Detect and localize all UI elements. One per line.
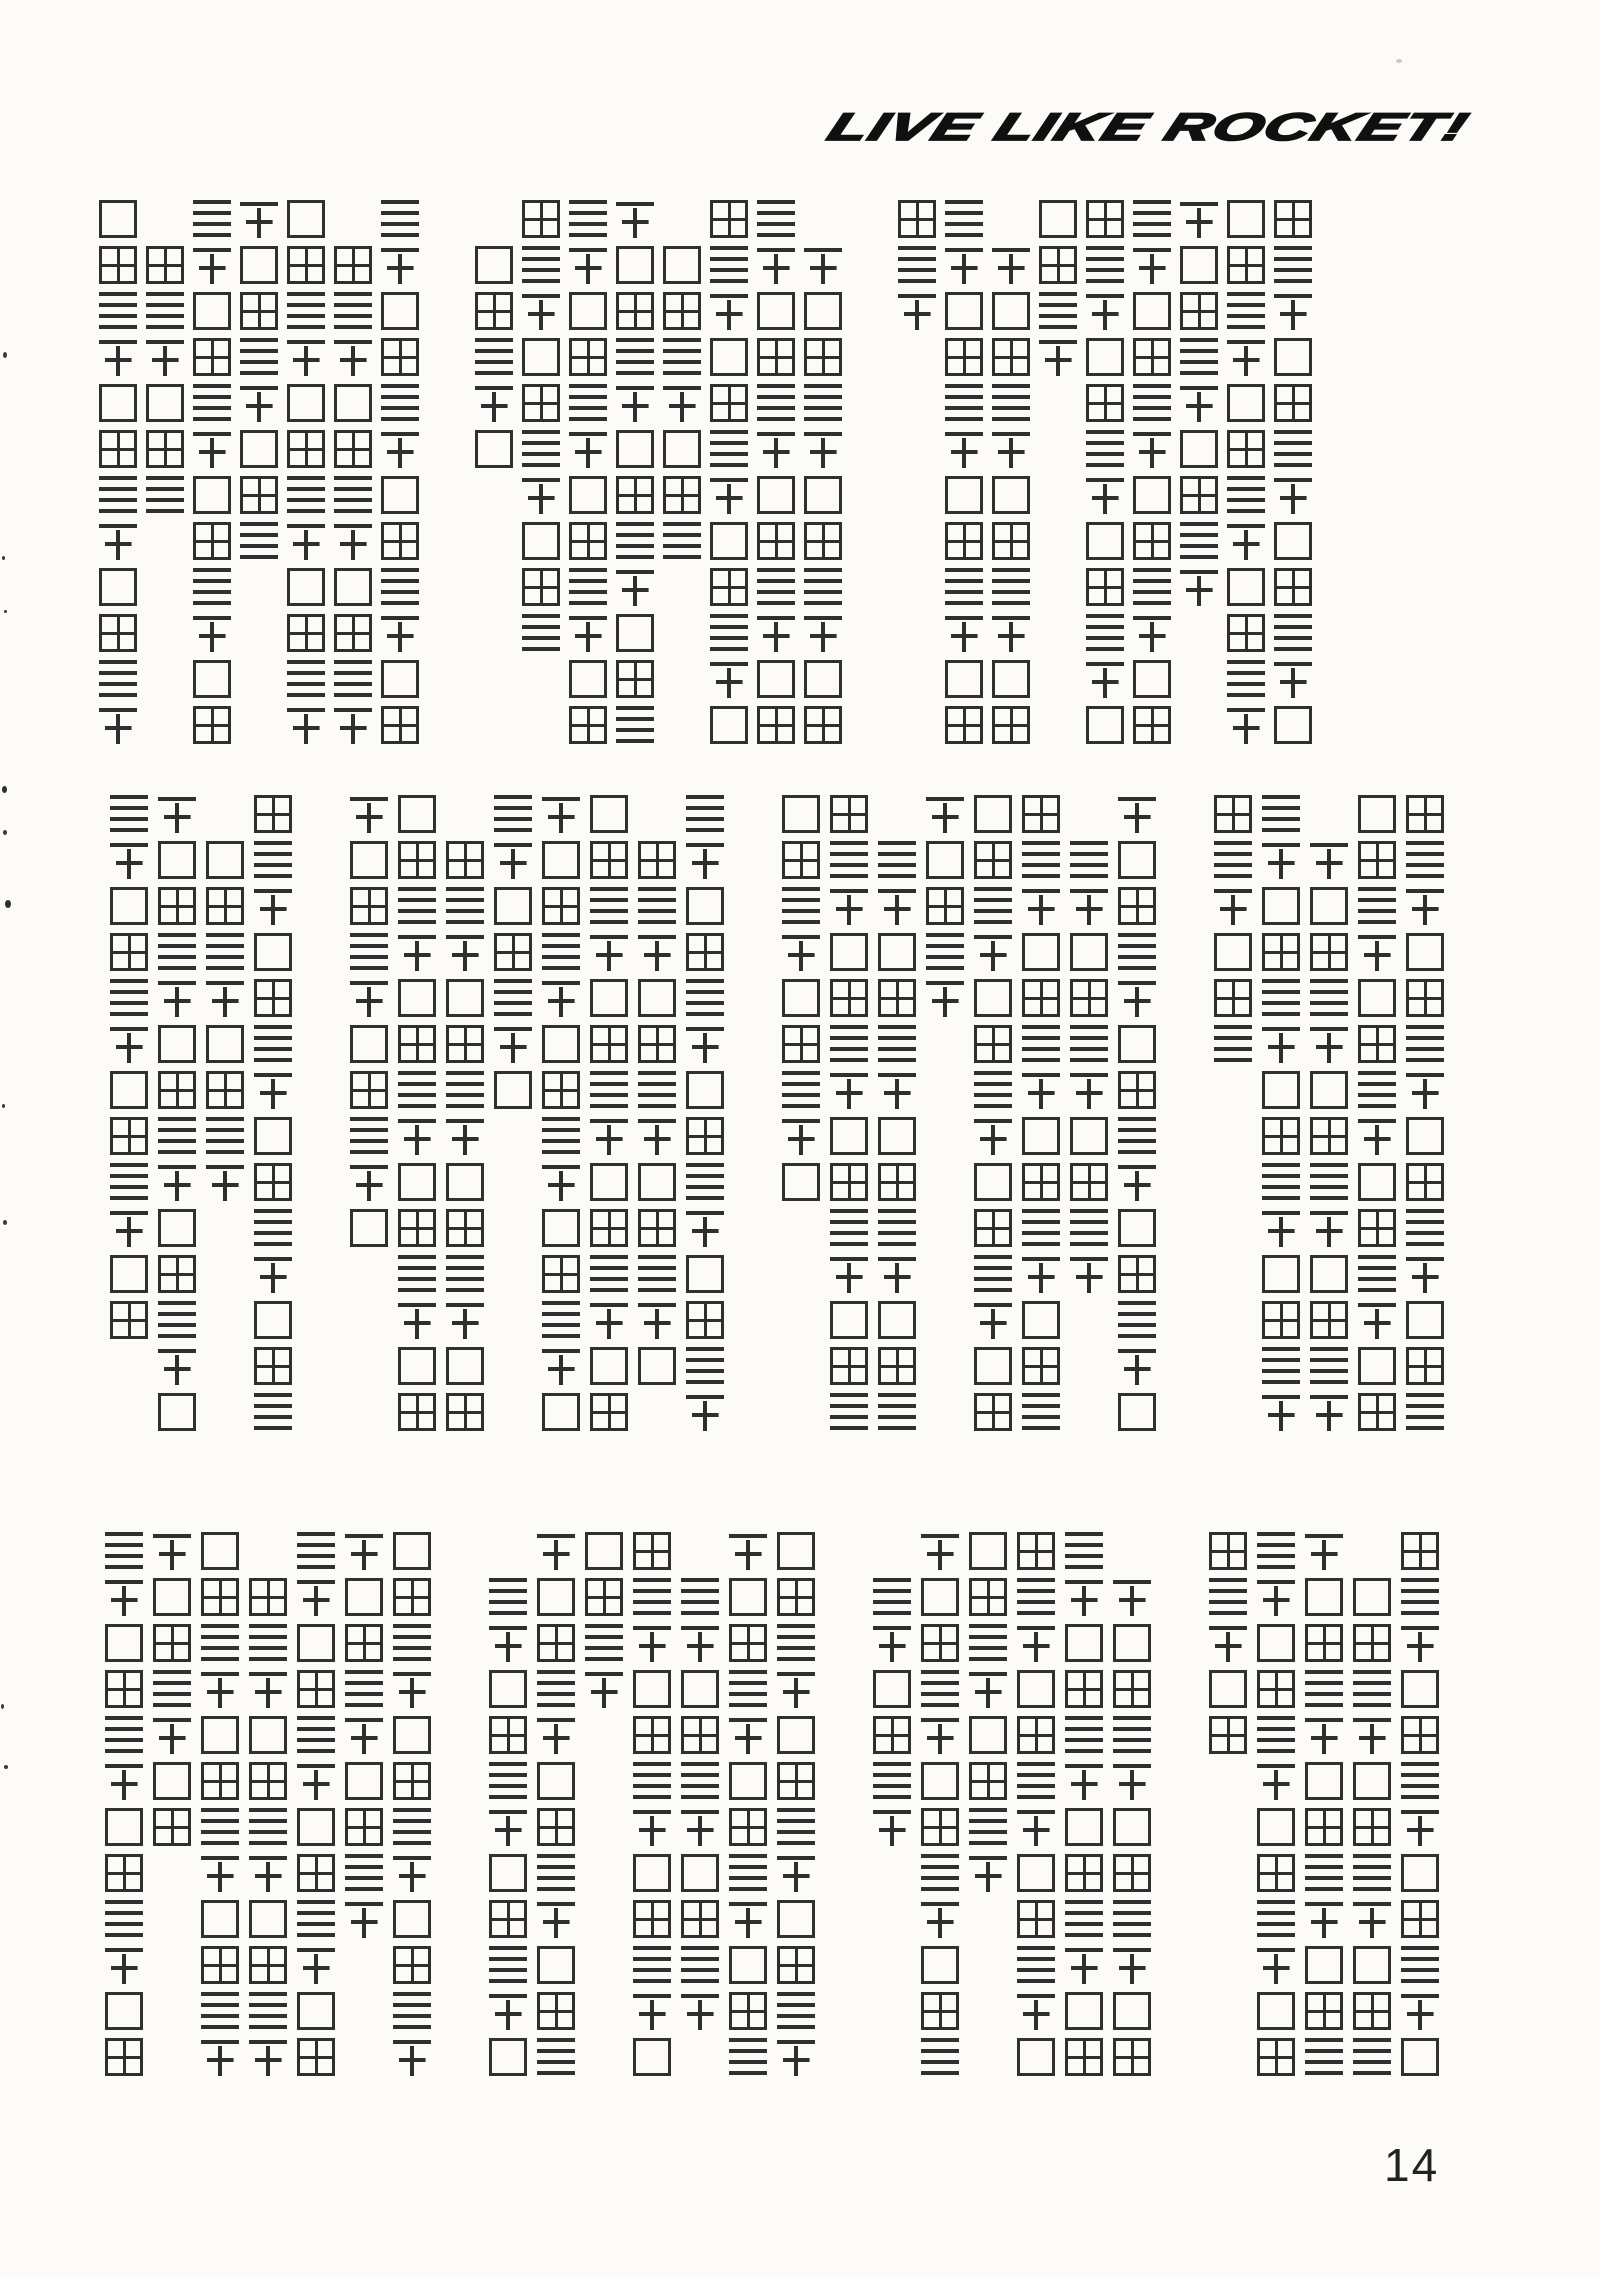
glyph-block (537, 1946, 575, 1984)
text-column (381, 200, 419, 744)
glyph-block (830, 1209, 868, 1247)
glyph-block (99, 660, 137, 698)
glyph-block (729, 2038, 767, 2076)
text-column (638, 795, 676, 1385)
glyph-block (878, 841, 916, 879)
glyph-block (1406, 841, 1444, 879)
glyph-block (1017, 1900, 1055, 1938)
glyph-block (1262, 1209, 1300, 1247)
glyph-block (945, 660, 983, 698)
glyph-block (1227, 476, 1265, 514)
glyph-block (590, 933, 628, 971)
glyph-block (992, 660, 1030, 698)
glyph-block (1022, 1025, 1060, 1063)
glyph-block (616, 246, 654, 284)
glyph-block (1406, 1209, 1444, 1247)
glyph-block (757, 706, 795, 744)
glyph-block (105, 1900, 143, 1938)
glyph-block (1305, 1624, 1343, 1662)
glyph-block (1274, 292, 1312, 330)
glyph-block (110, 1071, 148, 1109)
glyph-block (494, 979, 532, 1017)
glyph-block (782, 1117, 820, 1155)
glyph-block (1070, 979, 1108, 1017)
glyph-block (1214, 1025, 1252, 1063)
text-column (522, 200, 560, 652)
glyph-block (542, 1255, 580, 1293)
glyph-block (1133, 568, 1171, 606)
glyph-block (757, 246, 795, 284)
glyph-block (105, 1946, 143, 1984)
glyph-block (1022, 795, 1060, 833)
glyph-block (1358, 795, 1396, 833)
glyph-block (99, 200, 137, 238)
glyph-block (494, 1025, 532, 1063)
glyph-block (1401, 1946, 1439, 1984)
glyph-block (1310, 933, 1348, 971)
glyph-block (1070, 1209, 1108, 1247)
glyph-block (153, 1670, 191, 1708)
glyph-block (633, 1670, 671, 1708)
glyph-block (974, 1347, 1012, 1385)
glyph-block (1227, 384, 1265, 422)
text-column (494, 795, 532, 1109)
glyph-block (898, 292, 936, 330)
glyph-block (1065, 1670, 1103, 1708)
glyph-block (350, 795, 388, 833)
text-column (1070, 795, 1108, 1293)
glyph-block (537, 1532, 575, 1570)
glyph-block (522, 476, 560, 514)
glyph-block (830, 841, 868, 879)
glyph-block (729, 1716, 767, 1754)
glyph-block (1358, 1071, 1396, 1109)
text-column (249, 1532, 287, 2076)
text-column (345, 1532, 383, 1938)
glyph-block (633, 1762, 671, 1800)
glyph-block (945, 292, 983, 330)
glyph-block (249, 1854, 287, 1892)
glyph-block (393, 1624, 431, 1662)
glyph-block (193, 568, 231, 606)
glyph-block (1257, 1808, 1295, 1846)
glyph-block (99, 430, 137, 468)
glyph-block (153, 1762, 191, 1800)
glyph-block (1180, 522, 1218, 560)
glyph-block (585, 1578, 623, 1616)
glyph-block (206, 841, 244, 879)
glyph-block (334, 706, 372, 744)
glyph-block (297, 2038, 335, 2076)
glyph-block (663, 384, 701, 422)
glyph-block (638, 1071, 676, 1109)
glyph-block (1358, 1025, 1396, 1063)
glyph-block (334, 246, 372, 284)
glyph-block (590, 841, 628, 879)
glyph-block (681, 1762, 719, 1800)
glyph-block (804, 338, 842, 376)
glyph-block (878, 1209, 916, 1247)
glyph-block (193, 706, 231, 744)
glyph-block (1406, 1393, 1444, 1431)
glyph-block (158, 1393, 196, 1431)
glyph-block (945, 430, 983, 468)
glyph-block (201, 1808, 239, 1846)
glyph-block (1017, 1992, 1055, 2030)
glyph-block (590, 1393, 628, 1431)
glyph-block (1262, 1393, 1300, 1431)
scan-speck (3, 830, 7, 835)
glyph-block (1017, 1716, 1055, 1754)
glyph-block (1358, 933, 1396, 971)
glyph-block (757, 338, 795, 376)
glyph-block (729, 1900, 767, 1938)
glyph-block (992, 522, 1030, 560)
glyph-block (1406, 1255, 1444, 1293)
glyph-block (99, 522, 137, 560)
glyph-block (381, 292, 419, 330)
glyph-block (254, 1255, 292, 1293)
text-column (757, 200, 795, 744)
glyph-block (201, 1532, 239, 1570)
glyph-block (1086, 706, 1124, 744)
glyph-block (542, 1117, 580, 1155)
glyph-block (969, 1532, 1007, 1570)
text-column (146, 200, 184, 514)
glyph-block (878, 1393, 916, 1431)
text-column (1227, 200, 1265, 744)
glyph-block (1305, 1532, 1343, 1570)
glyph-block (757, 660, 795, 698)
glyph-block (757, 568, 795, 606)
text-column (297, 1532, 335, 2076)
glyph-block (873, 1670, 911, 1708)
text-column (489, 1532, 527, 2076)
glyph-block (446, 1117, 484, 1155)
glyph-block (926, 979, 964, 1017)
glyph-block (287, 246, 325, 284)
glyph-block (1118, 1163, 1156, 1201)
glyph-block (1086, 246, 1124, 284)
glyph-block (1070, 887, 1108, 925)
glyph-block (945, 522, 983, 560)
glyph-block (921, 1716, 959, 1754)
glyph-block (345, 1808, 383, 1846)
glyph-block (804, 246, 842, 284)
glyph-block (489, 1946, 527, 1984)
glyph-block (393, 1578, 431, 1616)
glyph-block (1086, 384, 1124, 422)
glyph-block (193, 292, 231, 330)
glyph-block (1113, 2038, 1151, 2076)
text-column (1310, 795, 1348, 1431)
glyph-block (681, 1946, 719, 1984)
glyph-block (1113, 1716, 1151, 1754)
glyph-block (240, 246, 278, 284)
glyph-block (193, 384, 231, 422)
text-column (1022, 795, 1060, 1431)
glyph-block (381, 430, 419, 468)
glyph-block (446, 1209, 484, 1247)
glyph-block (729, 1762, 767, 1800)
glyph-block (1118, 1117, 1156, 1155)
glyph-block (1118, 841, 1156, 879)
glyph-block (590, 1071, 628, 1109)
glyph-block (1406, 933, 1444, 971)
glyph-block (1262, 933, 1300, 971)
glyph-block (446, 933, 484, 971)
glyph-block (542, 1025, 580, 1063)
glyph-block (1065, 2038, 1103, 2076)
text-column (1262, 795, 1300, 1431)
glyph-block (1113, 1946, 1151, 1984)
glyph-block (1017, 1946, 1055, 1984)
glyph-block (777, 1670, 815, 1708)
glyph-block (1257, 1716, 1295, 1754)
glyph-block (1305, 1946, 1343, 1984)
glyph-block (240, 200, 278, 238)
glyph-block (638, 933, 676, 971)
glyph-block (398, 887, 436, 925)
glyph-block (1406, 1347, 1444, 1385)
glyph-block (1274, 476, 1312, 514)
glyph-block (105, 1808, 143, 1846)
glyph-block (1353, 1900, 1391, 1938)
glyph-block (537, 1808, 575, 1846)
glyph-block (350, 1117, 388, 1155)
glyph-block (686, 1209, 724, 1247)
glyph-block (1262, 1301, 1300, 1339)
glyph-block (926, 933, 964, 971)
glyph-block (974, 1071, 1012, 1109)
glyph-block (638, 887, 676, 925)
glyph-block (1406, 1163, 1444, 1201)
glyph-block (1022, 1301, 1060, 1339)
text-column (1180, 200, 1218, 606)
glyph-block (1180, 246, 1218, 284)
glyph-block (569, 706, 607, 744)
text-column (334, 200, 372, 744)
glyph-block (393, 1670, 431, 1708)
glyph-block (1214, 795, 1252, 833)
glyph-block (1086, 568, 1124, 606)
glyph-block (1017, 1808, 1055, 1846)
glyph-block (757, 430, 795, 468)
glyph-block (193, 200, 231, 238)
glyph-block (1257, 1762, 1295, 1800)
text-column (1209, 1532, 1247, 1754)
glyph-block (249, 1946, 287, 1984)
glyph-block (398, 979, 436, 1017)
glyph-block (633, 1808, 671, 1846)
glyph-block (616, 706, 654, 744)
glyph-block (757, 292, 795, 330)
glyph-block (1133, 246, 1171, 284)
glyph-block (898, 200, 936, 238)
glyph-block (542, 1393, 580, 1431)
glyph-block (158, 1347, 196, 1385)
glyph-block (710, 384, 748, 422)
glyph-block (1262, 1071, 1300, 1109)
glyph-block (1401, 1900, 1439, 1938)
glyph-block (1113, 1854, 1151, 1892)
glyph-block (287, 706, 325, 744)
glyph-block (638, 1025, 676, 1063)
glyph-block (1353, 1670, 1391, 1708)
glyph-block (974, 795, 1012, 833)
glyph-block (1406, 795, 1444, 833)
glyph-block (158, 933, 196, 971)
glyph-block (1209, 1578, 1247, 1616)
glyph-block (287, 660, 325, 698)
glyph-block (334, 660, 372, 698)
glyph-block (542, 841, 580, 879)
scan-speck (4, 1765, 8, 1769)
glyph-block (1257, 1992, 1295, 2030)
glyph-block (681, 1716, 719, 1754)
glyph-block (1353, 2038, 1391, 2076)
glyph-block (254, 887, 292, 925)
glyph-block (1065, 1946, 1103, 1984)
glyph-block (105, 1992, 143, 2030)
glyph-block (921, 1992, 959, 2030)
glyph-block (1227, 430, 1265, 468)
glyph-block (969, 1762, 1007, 1800)
text-column (616, 200, 654, 744)
glyph-block (201, 2038, 239, 2076)
glyph-block (1305, 1992, 1343, 2030)
glyph-block (522, 614, 560, 652)
glyph-block (663, 476, 701, 514)
glyph-block (153, 1716, 191, 1754)
glyph-block (686, 887, 724, 925)
glyph-block (1358, 1163, 1396, 1201)
glyph-block (992, 292, 1030, 330)
text-column (1305, 1532, 1343, 2076)
glyph-block (1039, 246, 1077, 284)
glyph-block (616, 614, 654, 652)
glyph-block (1310, 1393, 1348, 1431)
glyph-block (494, 841, 532, 879)
glyph-block (1227, 614, 1265, 652)
glyph-block (590, 1163, 628, 1201)
text-column (686, 795, 724, 1431)
glyph-block (590, 1117, 628, 1155)
glyph-block (782, 979, 820, 1017)
glyph-block (590, 887, 628, 925)
glyph-block (99, 476, 137, 514)
text-column (921, 1532, 959, 2076)
glyph-block (569, 614, 607, 652)
glyph-block (1262, 1163, 1300, 1201)
glyph-block (686, 1347, 724, 1385)
glyph-block (1305, 1808, 1343, 1846)
glyph-block (153, 1808, 191, 1846)
glyph-block (777, 1716, 815, 1754)
text-column (240, 200, 278, 560)
glyph-block (393, 1900, 431, 1938)
text-column (537, 1532, 575, 2076)
glyph-block (729, 1992, 767, 2030)
glyph-block (297, 1716, 335, 1754)
glyph-block (777, 1900, 815, 1938)
glyph-block (489, 1762, 527, 1800)
glyph-block (297, 1670, 335, 1708)
glyph-block (616, 568, 654, 606)
glyph-block (1305, 1762, 1343, 1800)
glyph-block (569, 338, 607, 376)
glyph-block (1310, 1071, 1348, 1109)
glyph-block (1065, 1808, 1103, 1846)
text-column (729, 1532, 767, 2076)
glyph-block (522, 246, 560, 284)
glyph-block (569, 384, 607, 422)
glyph-block (1274, 660, 1312, 698)
glyph-block (782, 1025, 820, 1063)
glyph-block (542, 1163, 580, 1201)
glyph-block (1065, 1854, 1103, 1892)
glyph-block (240, 476, 278, 514)
glyph-block (757, 384, 795, 422)
glyph-block (569, 430, 607, 468)
glyph-block (1274, 338, 1312, 376)
glyph-block (777, 2038, 815, 2076)
glyph-block (663, 338, 701, 376)
glyph-block (830, 1025, 868, 1063)
glyph-block (710, 338, 748, 376)
glyph-block (350, 887, 388, 925)
glyph-block (334, 522, 372, 560)
glyph-block (105, 1716, 143, 1754)
glyph-block (1065, 1900, 1103, 1938)
glyph-block (710, 706, 748, 744)
glyph-block (1353, 1762, 1391, 1800)
glyph-block (398, 841, 436, 879)
text-column (1039, 200, 1077, 376)
glyph-block (345, 1854, 383, 1892)
text-column (1118, 795, 1156, 1431)
glyph-block (201, 1624, 239, 1662)
glyph-block (201, 1900, 239, 1938)
glyph-block (254, 979, 292, 1017)
glyph-block (158, 887, 196, 925)
text-column (945, 200, 983, 744)
glyph-block (110, 1163, 148, 1201)
glyph-block (590, 795, 628, 833)
glyph-block (398, 1347, 436, 1385)
glyph-block (1257, 1624, 1295, 1662)
glyph-block (475, 430, 513, 468)
glyph-block (542, 1347, 580, 1385)
glyph-block (585, 1670, 623, 1708)
glyph-block (105, 1854, 143, 1892)
glyph-block (569, 522, 607, 560)
glyph-block (1118, 933, 1156, 971)
glyph-block (398, 1117, 436, 1155)
glyph-block (1133, 476, 1171, 514)
glyph-block (1017, 1670, 1055, 1708)
text-column (193, 200, 231, 744)
glyph-block (729, 1808, 767, 1846)
glyph-block (542, 1071, 580, 1109)
glyph-block (393, 1992, 431, 2030)
glyph-block (638, 1209, 676, 1247)
glyph-block (992, 430, 1030, 468)
glyph-block (804, 476, 842, 514)
glyph-block (345, 1532, 383, 1570)
glyph-block (1022, 933, 1060, 971)
glyph-block (1358, 1209, 1396, 1247)
